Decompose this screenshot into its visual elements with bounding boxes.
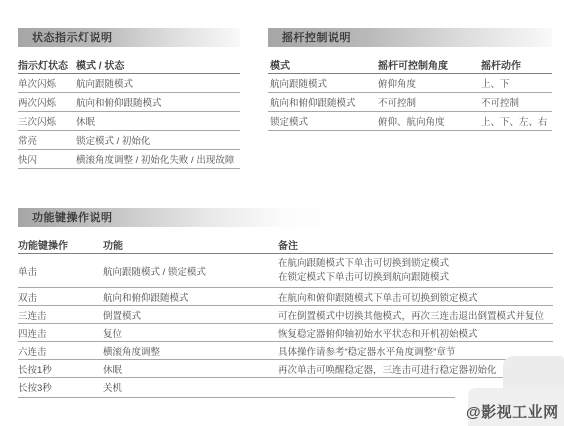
table-cell: 航向跟随模式 / 锁定模式 xyxy=(103,264,278,278)
column-header: 备注 xyxy=(278,237,553,252)
table-cell: 四连击 xyxy=(18,326,103,340)
table-cell: 关机 xyxy=(103,380,278,394)
column-header: 功能 xyxy=(103,237,278,252)
table-cell: 三连击 xyxy=(18,308,103,322)
watermark-label: @影视工业网 xyxy=(466,401,559,422)
status-light-table: 状态指示灯说明 指示灯状态模式 / 状态 单次闪烁航向跟随模式两次闪烁航向和俯仰… xyxy=(18,28,240,169)
table-header-row: 模式摇杆可控制角度摇杆动作 xyxy=(268,55,552,74)
table-cell: 不可控制 xyxy=(481,95,552,109)
table-row: 三次闪烁休眠 xyxy=(18,112,240,131)
table-cell: 可在倒置模式中切换其他模式，再次三连击退出倒置模式并复位 xyxy=(278,308,553,322)
function-key-table-title-bar: 功能键操作说明 xyxy=(18,208,553,227)
table-cell: 常亮 xyxy=(18,133,76,147)
table-row: 单次闪烁航向跟随模式 xyxy=(18,74,240,93)
table-row: 六连击横滚角度调整具体操作请参考“稳定器水平角度调整”章节 xyxy=(18,342,553,360)
table-row: 航向跟随模式俯仰角度上、下 xyxy=(268,74,552,93)
table-cell: 两次闪烁 xyxy=(18,95,76,109)
status-table-title: 状态指示灯说明 xyxy=(18,29,113,48)
table-cell: 俯仰角度 xyxy=(378,76,481,90)
table-cell: 长按1秒 xyxy=(18,362,103,376)
function-key-table: 功能键操作说明 功能键操作功能备注 单击航向跟随模式 / 锁定模式在航向跟随模式… xyxy=(18,208,553,395)
table-body: 单击航向跟随模式 / 锁定模式在航向跟随模式下单击可切换到锁定模式在锁定模式下单… xyxy=(18,254,553,395)
table-row: 两次闪烁航向和俯仰跟随模式 xyxy=(18,93,240,112)
joystick-control-table: 摇杆控制说明 模式摇杆可控制角度摇杆动作 航向跟随模式俯仰角度上、下航向和俯仰跟… xyxy=(268,28,552,131)
table-cell: 在航向和俯仰跟随模式下单击可切换到锁定模式 xyxy=(278,290,553,304)
table-cell: 在航向跟随模式下单击可切换到锁定模式在锁定模式下单击可切换到航向跟随模式 xyxy=(278,257,553,284)
table-body: 单次闪烁航向跟随模式两次闪烁航向和俯仰跟随模式三次闪烁休眠常亮锁定模式 / 初始… xyxy=(18,74,240,169)
joystick-table-title: 摇杆控制说明 xyxy=(268,29,351,48)
function-key-table-title: 功能键操作说明 xyxy=(18,209,113,228)
table-header-row: 功能键操作功能备注 xyxy=(18,235,553,254)
table-row: 航向和俯仰跟随模式不可控制不可控制 xyxy=(268,93,552,112)
column-header: 模式 xyxy=(270,57,378,72)
status-table-title-bar: 状态指示灯说明 xyxy=(18,28,240,47)
table-cell: 锁定模式 / 初始化 xyxy=(76,133,240,147)
table-bottom-line xyxy=(18,397,455,398)
table-cell: 单次闪烁 xyxy=(18,76,76,90)
joystick-table-title-bar: 摇杆控制说明 xyxy=(268,28,552,47)
table-row: 锁定模式俯仰、航向角度上、下、左、右 xyxy=(268,112,552,131)
table-cell: 锁定模式 xyxy=(270,114,378,128)
table-cell: 快闪 xyxy=(18,152,76,166)
table-cell: 单击 xyxy=(18,264,103,278)
table-cell: 双击 xyxy=(18,290,103,304)
column-header: 模式 / 状态 xyxy=(76,57,240,72)
table-cell: 三次闪烁 xyxy=(18,114,76,128)
table-cell: 上、下 xyxy=(481,76,552,90)
table-cell: 复位 xyxy=(103,326,278,340)
column-header: 指示灯状态 xyxy=(18,57,76,72)
table-header-row: 指示灯状态模式 / 状态 xyxy=(18,55,240,74)
table-row: 长按1秒休眠再次单击可唤醒稳定器，三连击可进行稳定器初始化 xyxy=(18,360,553,378)
table-row: 常亮锁定模式 / 初始化 xyxy=(18,131,240,150)
table-cell-line: 在锁定模式下单击可切换到航向跟随模式 xyxy=(278,271,553,285)
table-row: 三连击倒置模式可在倒置模式中切换其他模式，再次三连击退出倒置模式并复位 xyxy=(18,306,553,324)
table-cell-line: 在航向跟随模式下单击可切换到锁定模式 xyxy=(278,257,553,271)
table-cell: 恢复稳定器俯仰轴初始水平状态和开机初始模式 xyxy=(278,326,553,340)
table-cell: 横滚角度调整 / 初始化失败 / 出现故障 xyxy=(76,152,240,166)
table-cell: 倒置模式 xyxy=(103,308,278,322)
table-cell: 航向跟随模式 xyxy=(270,76,378,90)
column-header: 摇杆可控制角度 xyxy=(378,57,481,72)
table-cell: 航向和俯仰跟随模式 xyxy=(103,290,278,304)
table-cell: 不可控制 xyxy=(378,95,481,109)
table-cell: 休眠 xyxy=(103,362,278,376)
table-body: 航向跟随模式俯仰角度上、下航向和俯仰跟随模式不可控制不可控制锁定模式俯仰、航向角… xyxy=(268,74,552,131)
column-header: 摇杆动作 xyxy=(481,57,552,72)
table-cell: 航向和俯仰跟随模式 xyxy=(76,95,240,109)
table-row: 快闪横滚角度调整 / 初始化失败 / 出现故障 xyxy=(18,150,240,169)
table-row: 单击航向跟随模式 / 锁定模式在航向跟随模式下单击可切换到锁定模式在锁定模式下单… xyxy=(18,254,553,288)
table-row: 双击航向和俯仰跟随模式在航向和俯仰跟随模式下单击可切换到锁定模式 xyxy=(18,288,553,306)
column-header: 功能键操作 xyxy=(18,237,103,252)
table-cell: 航向跟随模式 xyxy=(76,76,240,90)
table-cell: 休眠 xyxy=(76,114,240,128)
table-cell: 六连击 xyxy=(18,344,103,358)
table-cell: 上、下、左、右 xyxy=(481,114,552,128)
table-cell: 航向和俯仰跟随模式 xyxy=(270,95,378,109)
table-cell: 长按3秒 xyxy=(18,380,103,394)
table-cell: 横滚角度调整 xyxy=(103,344,278,358)
table-row: 四连击复位恢复稳定器俯仰轴初始水平状态和开机初始模式 xyxy=(18,324,553,342)
table-cell: 俯仰、航向角度 xyxy=(378,114,481,128)
